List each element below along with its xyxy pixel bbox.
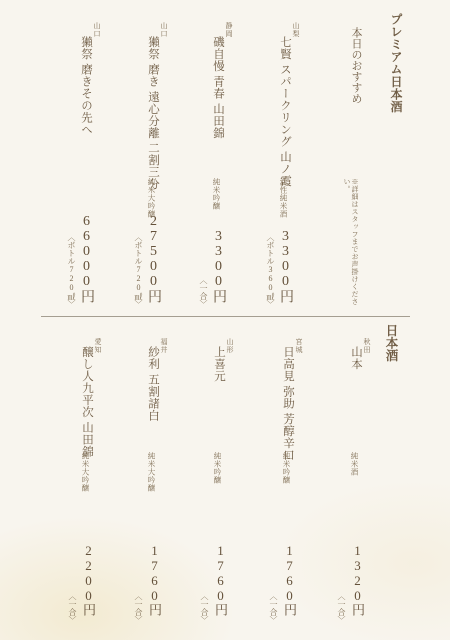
item-serving: 〈一合〉 [200,592,209,624]
item-prefecture: 秋田 [363,338,371,354]
item-name: 獺祭 磨きその先へ [79,36,92,135]
item-serving: 〈ボトル720㎖〉 [67,233,76,308]
menu-item-jokigen: 山形 上喜元 純米吟醸 1760円 〈一合〉 [186,317,234,640]
item-prefecture: 福井 [160,338,168,354]
item-serving: 〈ボトル360㎖〉 [266,233,275,308]
menu-item-yamamoto: 秋田 山本 純米酒 1320円 〈一合〉 [323,317,371,640]
menu-item-sari: 福井 紗利 五割諸白 純米大吟醸 1760円 〈一合〉 [120,317,168,640]
item-price: 1760円 [212,543,227,616]
item-prefecture: 宮城 [295,338,303,354]
item-name: 紗利 五割諸白 [146,346,159,421]
item-grade: 純米吟醸 [211,178,220,210]
menu-item-isojiman: 静岡 磯自慢 青春 山田錦 純米吟醸 3300円 〈一合〉 [185,0,233,317]
item-price: 2200円 [80,543,95,616]
item-prefecture: 愛知 [94,338,102,354]
ask-staff-note: ※詳細はスタッフまでお声掛けください。 [343,178,359,317]
menu-item-kuheiji: 愛知 醸し人九平次 山田錦 純米大吟醸 2200円 〈一合〉 [54,317,102,640]
item-name: 山本 [349,346,362,370]
item-grade: 活性純米酒 [278,178,287,218]
item-grade: 純米吟醸 [212,452,221,484]
premium-section-title: プレミアム日本酒 [388,13,402,113]
item-name: 獺祭 磨き 遠心分離 二割三分 [146,36,159,190]
item-name: 醸し人九平次 山田錦 [80,346,93,457]
item-serving: 〈一合〉 [134,592,143,624]
item-grade: 純米酒 [349,452,358,476]
item-price: 27500円 [145,214,161,303]
regular-section-title: 日本酒 [384,324,398,362]
item-prefecture: 山口 [160,22,168,38]
item-name: 日高見 弥助 芳醇辛口 [281,346,294,461]
sake-menu-page: プレミアム日本酒 本日のおすすめ ※詳細はスタッフまでお声掛けください。 山梨 … [0,0,450,640]
regular-sake-section: 日本酒 秋田 山本 純米酒 1320円 〈一合〉 宮城 日高見 弥助 芳醇辛口 … [0,317,450,640]
item-prefecture: 山形 [226,338,234,354]
item-serving: 〈一合〉 [68,592,77,624]
item-serving: 〈一合〉 [199,276,208,308]
menu-item-dassai-sonosaki: 山口 獺祭 磨きその先へ 66000円 〈ボトル720㎖〉 [53,0,101,317]
item-serving: 〈一合〉 [269,592,278,624]
todays-recommendation-subtitle: 本日のおすすめ [349,27,362,104]
item-grade: 純米大吟醸 [80,452,89,492]
item-grade: 純米大吟醸 [146,452,155,492]
item-prefecture: 山口 [93,22,101,38]
menu-item-dassai-enshin: 山口 獺祭 磨き 遠心分離 二割三分 純米大吟醸 27500円 〈ボトル720㎖… [120,0,168,317]
item-name: 上喜元 [212,346,225,382]
item-price: 1760円 [146,543,161,616]
item-price: 3300円 [210,229,226,303]
item-grade: 純米吟醸 [281,452,290,484]
item-name: 磯自慢 青春 山田錦 [211,36,224,139]
item-prefecture: 山梨 [292,22,300,38]
item-prefecture: 静岡 [225,22,233,38]
item-serving: 〈一合〉 [337,592,346,624]
item-price: 1760円 [281,543,296,616]
menu-item-hitakami: 宮城 日高見 弥助 芳醇辛口 純米吟醸 1760円 〈一合〉 [255,317,303,640]
premium-sake-section: プレミアム日本酒 本日のおすすめ ※詳細はスタッフまでお声掛けください。 山梨 … [0,0,450,317]
item-price: 66000円 [78,214,94,303]
item-price: 1320円 [349,543,364,616]
item-serving: 〈ボトル720㎖〉 [134,233,143,308]
item-grade: 純米大吟醸 [146,178,155,218]
menu-item-shichiken: 山梨 七賢 スパークリング 山ノ霞 活性純米酒 3300円 〈ボトル360㎖〉 [252,0,300,317]
item-price: 3300円 [277,229,293,303]
item-name: 七賢 スパークリング 山ノ霞 [278,36,291,187]
